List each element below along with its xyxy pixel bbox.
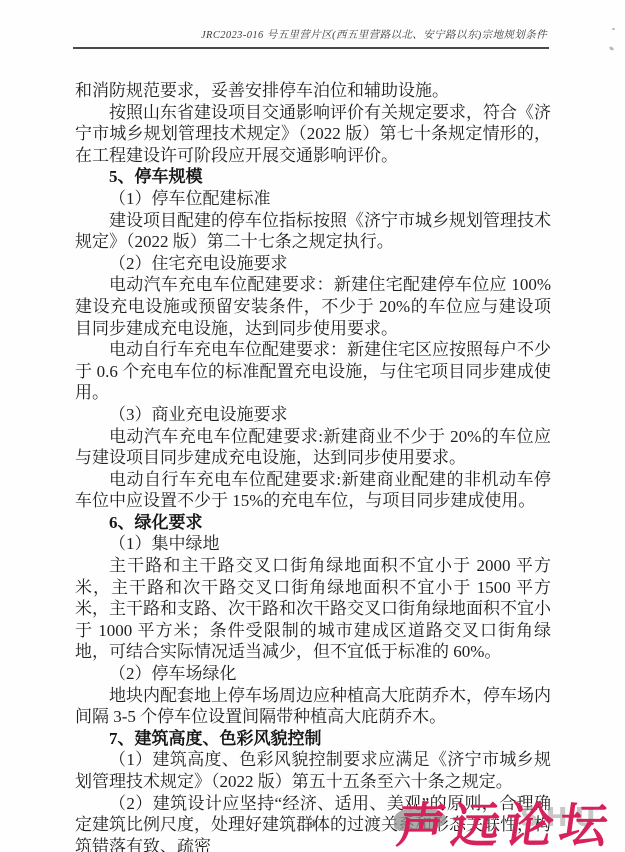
document-page: JRC2023-016 号五里营片区(西五里营路以北、安宁路以东)宗地规划条件 … — [0, 0, 625, 852]
scan-artifact — [612, 28, 615, 30]
scan-artifact — [609, 46, 615, 51]
section-heading: 7、建筑高度、色彩风貌控制 — [75, 728, 551, 750]
paragraph: 按照山东省建设项目交通影响评价有关规定要求，符合《济宁市城乡规划管理技术规定》（… — [75, 102, 551, 167]
watermark-text: 声远论坛 — [393, 787, 619, 852]
paragraph: 电动汽车充电车位配建要求：新建住宅配建停车位应 100%建设充电设施或预留安装条… — [75, 274, 551, 339]
paragraph: 电动汽车充电车位配建要求:新建商业不少于 20%的车位应与建设项目同步建成充电设… — [75, 426, 551, 469]
paragraph: 电动自行车充电车位配建要求:新建商业配建的非机动车停车位中应设置不少于 15%的… — [75, 469, 551, 512]
section-heading: 6、绿化要求 — [75, 512, 551, 534]
section-heading: 5、停车规模 — [75, 166, 551, 188]
paragraph: （2）住宅充电设施要求 — [75, 253, 551, 275]
header-rule — [73, 47, 549, 49]
paragraph: 建设项目配建的停车位指标按照《济宁市城乡规划管理技术规定》（2022 版）第二十… — [75, 210, 551, 253]
paragraph: 和消防规范要求，妥善安排停车泊位和辅助设施。 — [75, 80, 551, 102]
forum-watermark: SHU 声远论坛 — [392, 795, 625, 852]
paragraph: 主干路和主干路交叉口街角绿地面积不宜小于 2000 平方米，主干路和次干路交叉口… — [75, 555, 551, 663]
paragraph: （2）停车场绿化 — [75, 663, 551, 685]
document-body: 和消防规范要求，妥善安排停车泊位和辅助设施。按照山东省建设项目交通影响评价有关规… — [75, 80, 551, 852]
paragraph: 地块内配套地上停车场周边应种植高大庇荫乔木，停车场内间隔 3-5 个停车位设置间… — [75, 685, 551, 728]
paragraph: （1）集中绿地 — [75, 533, 551, 555]
running-header-title: JRC2023-016 号五里营片区(西五里营路以北、安宁路以东)宗地规划条件 — [201, 27, 547, 42]
paragraph: 电动自行车充电车位配建要求：新建住宅区应按照每户不少于 0.6 个充电车位的标准… — [75, 339, 551, 404]
paragraph: （3）商业充电设施要求 — [75, 404, 551, 426]
paragraph: （1）停车位配建标准 — [75, 188, 551, 210]
